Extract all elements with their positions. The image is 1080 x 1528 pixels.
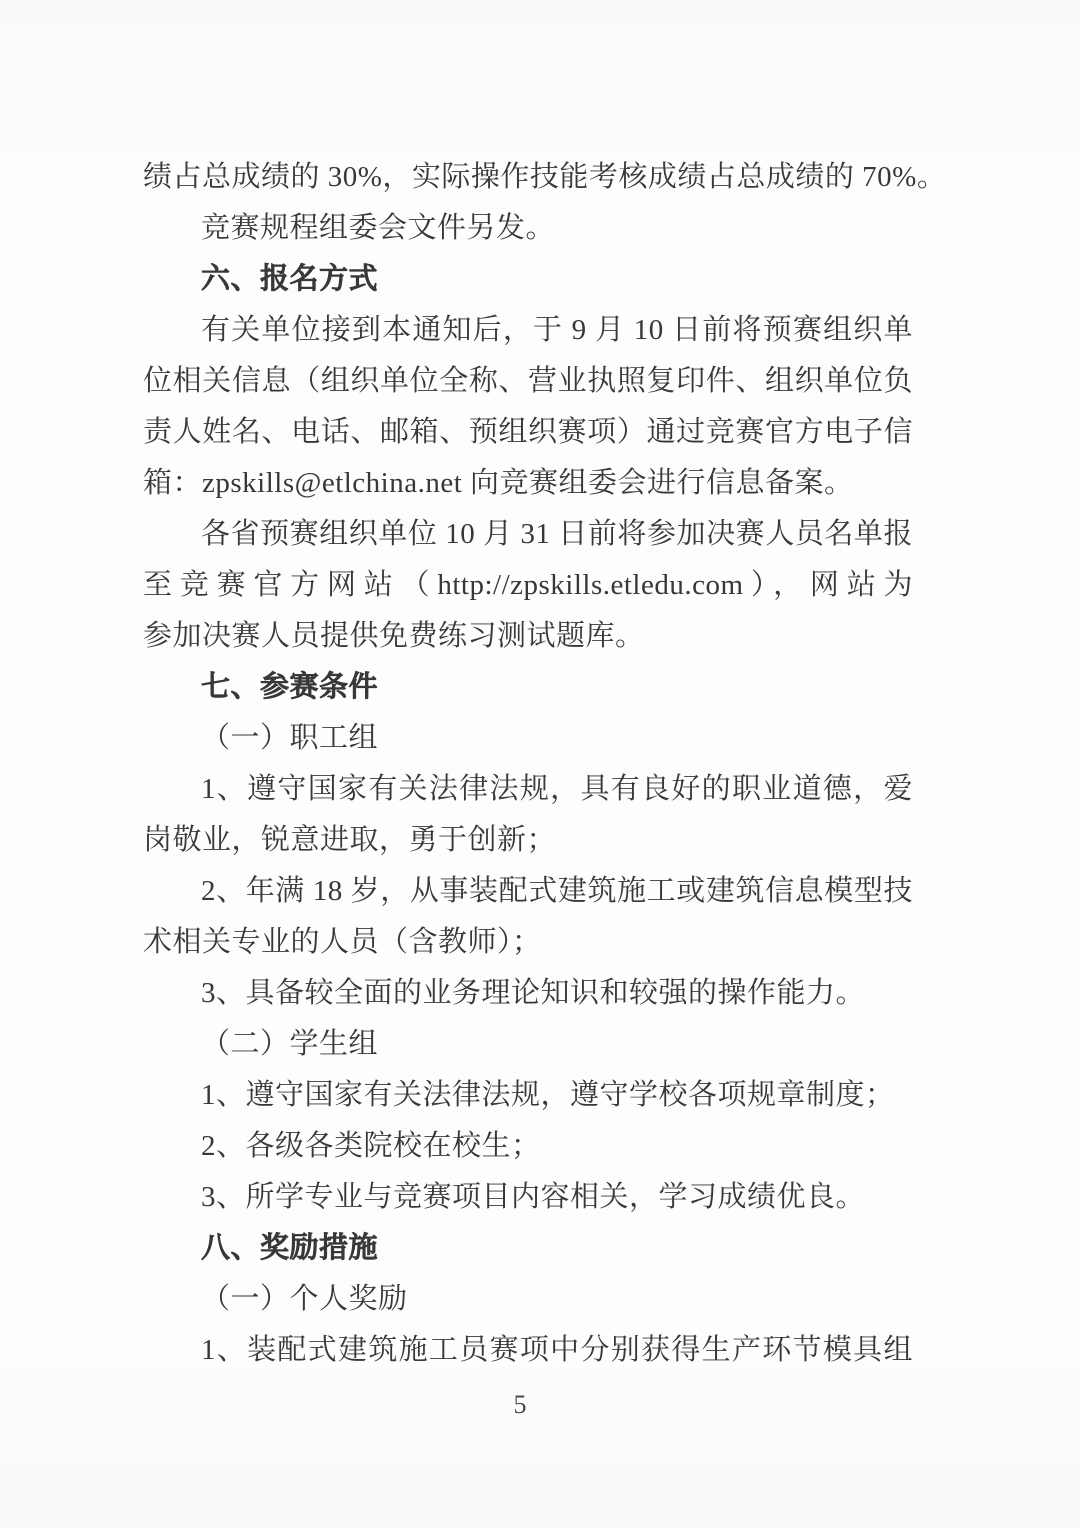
document-line: 至竞赛官方网站（http://zpskills.etledu.com），网站为 bbox=[143, 560, 913, 611]
section-heading-line: 七、参赛条件 bbox=[143, 662, 913, 713]
document-line: 参加决赛人员提供免费练习测试题库。 bbox=[143, 611, 913, 662]
page-number: 5 bbox=[0, 1385, 1040, 1425]
document-line: 有关单位接到本通知后，于 9 月 10 日前将预赛组织单 bbox=[143, 305, 913, 356]
document-line: 2、各级各类院校在校生； bbox=[143, 1121, 913, 1172]
document-line: 各省预赛组织单位 10 月 31 日前将参加决赛人员名单报 bbox=[143, 509, 913, 560]
document-line: （一）个人奖励 bbox=[143, 1274, 913, 1325]
section-heading-line: 八、奖励措施 bbox=[143, 1223, 913, 1274]
document-line: 术相关专业的人员（含教师）； bbox=[143, 917, 913, 968]
document-line: 位相关信息（组织单位全称、营业执照复印件、组织单位负 bbox=[143, 356, 913, 407]
document-line: 1、装配式建筑施工员赛项中分别获得生产环节模具组 bbox=[143, 1325, 913, 1376]
document-page: 绩占总成绩的 30%，实际操作技能考核成绩占总成绩的 70%。竞赛规程组委会文件… bbox=[0, 0, 1080, 1528]
document-line: 竞赛规程组委会文件另发。 bbox=[143, 203, 913, 254]
document-line: 箱：zpskills@etlchina.net 向竞赛组委会进行信息备案。 bbox=[143, 458, 913, 509]
document-line: 3、具备较全面的业务理论知识和较强的操作能力。 bbox=[143, 968, 913, 1019]
document-line: （二）学生组 bbox=[143, 1019, 913, 1070]
document-line: 3、所学专业与竞赛项目内容相关，学习成绩优良。 bbox=[143, 1172, 913, 1223]
document-line: 1、遵守国家有关法律法规，具有良好的职业道德，爱 bbox=[143, 764, 913, 815]
document-line: 1、遵守国家有关法律法规，遵守学校各项规章制度； bbox=[143, 1070, 913, 1121]
document-line: （一）职工组 bbox=[143, 713, 913, 764]
document-line: 责人姓名、电话、邮箱、预组织赛项）通过竞赛官方电子信 bbox=[143, 407, 913, 458]
document-line: 绩占总成绩的 30%，实际操作技能考核成绩占总成绩的 70%。 bbox=[143, 152, 913, 203]
document-line: 岗敬业，锐意进取，勇于创新； bbox=[143, 815, 913, 866]
document-line: 2、年满 18 岁，从事装配式建筑施工或建筑信息模型技 bbox=[143, 866, 913, 917]
section-heading-line: 六、报名方式 bbox=[143, 254, 913, 305]
document-body: 绩占总成绩的 30%，实际操作技能考核成绩占总成绩的 70%。竞赛规程组委会文件… bbox=[143, 152, 913, 1376]
